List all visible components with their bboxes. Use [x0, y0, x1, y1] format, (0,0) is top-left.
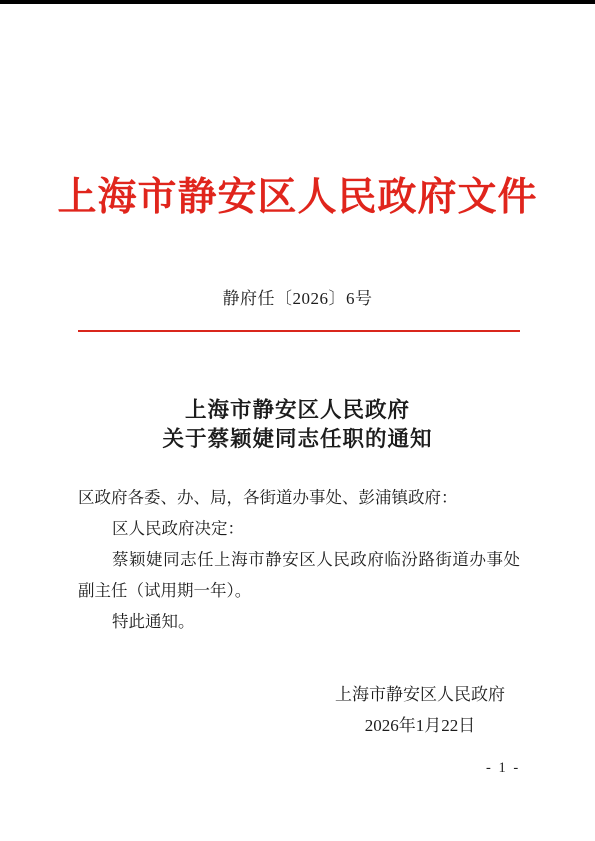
document-body: 区政府各委、办、局，各街道办事处、彭浦镇政府： 区人民政府决定： 蔡颖婕同志任上…: [78, 482, 520, 637]
paragraph: 区人民政府决定：: [78, 513, 520, 544]
red-separator-line: [78, 330, 520, 332]
scan-edge-bar: [0, 0, 595, 4]
document-title-line2: 关于蔡颖婕同志任职的通知: [0, 425, 595, 454]
document-title: 上海市静安区人民政府 关于蔡颖婕同志任职的通知: [0, 396, 595, 454]
signature-name: 上海市静安区人民政府: [300, 679, 540, 710]
page-number: - 1 -: [486, 760, 520, 777]
signature-block: 上海市静安区人民政府 2026年1月22日: [300, 679, 540, 741]
paragraph: 特此通知。: [78, 606, 520, 637]
salutation: 区政府各委、办、局，各街道办事处、彭浦镇政府：: [78, 482, 520, 513]
paragraph: 蔡颖婕同志任上海市静安区人民政府临汾路街道办事处副主任（试用期一年）。: [78, 544, 520, 606]
signature-date: 2026年1月22日: [300, 710, 540, 741]
document-title-line1: 上海市静安区人民政府: [0, 396, 595, 425]
document-number: 静府任〔2026〕6号: [0, 284, 595, 309]
letterhead-title: 上海市静安区人民政府文件: [0, 166, 595, 222]
document-page: { "page": { "header_title": "上海市静安区人民政府文…: [0, 0, 595, 841]
